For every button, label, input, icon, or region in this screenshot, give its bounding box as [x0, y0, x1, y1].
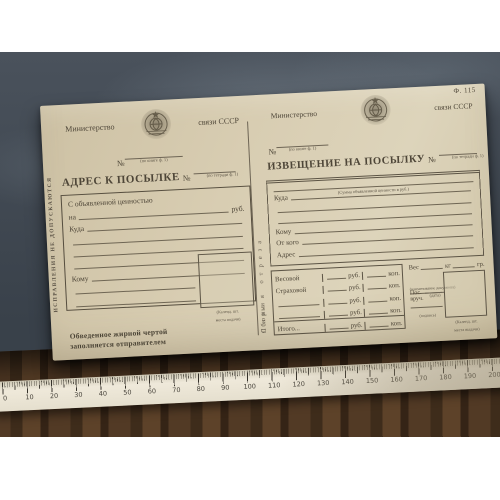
rub-label: руб.: [231, 204, 244, 214]
blank-line: [329, 315, 348, 317]
kop-label: коп.: [389, 282, 401, 290]
blank-line: [330, 328, 349, 330]
stamp-caption-line: (Календ. шт.: [205, 309, 250, 315]
stamp-caption-line: места выдачи): [448, 327, 487, 333]
fee-label: Весовой: [275, 275, 300, 283]
komu-label: Кому: [275, 228, 291, 237]
number-caption: (по книге ф. 1): [138, 158, 170, 164]
number-sign: №: [428, 155, 436, 164]
blank-line: [370, 326, 389, 328]
blank-line: [369, 313, 388, 315]
handed-row: Пос. вруч. (дата): [410, 287, 445, 303]
fee-label: Страховой: [276, 287, 307, 296]
address-form-title: АДРЕС К ПОСЫЛКЕ: [62, 171, 180, 189]
fees-vertical-label: Сборы: [258, 275, 271, 333]
number-caption: (по тетради ф. 1): [206, 172, 238, 178]
stamp-caption-line: (Календ. шт.: [447, 319, 486, 325]
ussr-emblem-icon: [141, 108, 172, 139]
rub-label: руб.: [348, 272, 360, 280]
kop-label: коп.: [391, 320, 403, 328]
blank-line: [367, 275, 386, 277]
stamp-caption-line: места подачи): [206, 317, 251, 323]
gr-label: гр.: [477, 261, 485, 268]
photograph: ИСПРАВЛЕНИЯ НЕ ДОПУСКАЮТСЯ Линия отреза …: [0, 52, 500, 437]
address-form-header: Министерство связи СССР: [56, 102, 247, 146]
blank-line: [76, 300, 196, 307]
form-code: Ф. 115: [453, 86, 476, 95]
date-caption: (дата): [430, 293, 441, 298]
rub-label: руб.: [349, 284, 361, 292]
komu-label: Кому: [72, 274, 89, 284]
fee-label: Итого...: [277, 325, 300, 333]
ministry-right-text: связи СССР: [434, 101, 473, 112]
blank-line: [298, 247, 473, 257]
kop-label: коп.: [389, 295, 401, 303]
kop-label: коп.: [390, 307, 402, 315]
blank-line: [328, 290, 347, 292]
delivery-stamp-box: [443, 270, 487, 318]
ministry-right-text: связи СССР: [198, 115, 239, 126]
blank-line: [279, 316, 320, 319]
notice-form-title: ИЗВЕЩЕНИЕ НА ПОСЫЛКУ: [267, 154, 425, 173]
ministry-left-text: Министерство: [65, 122, 115, 133]
rub-label: руб.: [350, 309, 362, 317]
signature-caption: (подпись): [419, 313, 436, 318]
fees-table: Весовой руб. коп. Страховой руб. коп. ру…: [271, 264, 406, 336]
number-caption: (по книге ф. 1): [288, 146, 317, 152]
ministry-left-text: Министерство: [271, 109, 318, 120]
address-form-title-row: АДРЕС К ПОСЫЛКЕ № (по тетради ф. 1): [61, 163, 251, 189]
sender-instruction-note: Обведенное жирной чертой заполняется отп…: [69, 327, 168, 351]
blank-line: [327, 277, 346, 279]
notice-box: (Сумма объявленной ценности в руб.) Куда…: [266, 170, 484, 267]
kuda-label: Куда: [69, 224, 84, 234]
rub-label: руб.: [351, 322, 363, 330]
ussr-emblem-icon: [360, 94, 391, 125]
notice-form: Ф. 115 Министерство связи СССР: [262, 84, 493, 348]
blank-line: [368, 300, 387, 302]
number-caption: (по тетради ф. 1): [451, 154, 483, 160]
submission-stamp-box: [198, 251, 255, 308]
number-sign: №: [183, 173, 191, 182]
blank-line: [453, 266, 475, 268]
handed-label: Пос. вруч.: [410, 290, 424, 303]
kg-label: кг: [445, 262, 451, 269]
address-form: Министерство связи СССР №: [56, 102, 258, 358]
delivery-stamp-caption: (Календ. шт. места выдачи): [429, 318, 500, 338]
adres-label: Адрес: [277, 250, 296, 259]
ves-label: Вес: [408, 264, 419, 272]
blank-line: [421, 268, 443, 270]
blank-line: [368, 288, 387, 290]
na-label: на: [68, 212, 76, 221]
blank-line: [278, 304, 319, 307]
blank-line: [328, 302, 347, 304]
ot-kogo-label: От кого: [276, 239, 299, 248]
kop-label: коп.: [388, 270, 400, 278]
rub-label: руб.: [349, 297, 361, 305]
kuda-label: Куда: [274, 194, 288, 203]
postal-form-card: ИСПРАВЛЕНИЯ НЕ ДОПУСКАЮТСЯ Линия отреза …: [40, 83, 497, 360]
address-reg-number: № (по книге ф. 1): [116, 149, 182, 168]
